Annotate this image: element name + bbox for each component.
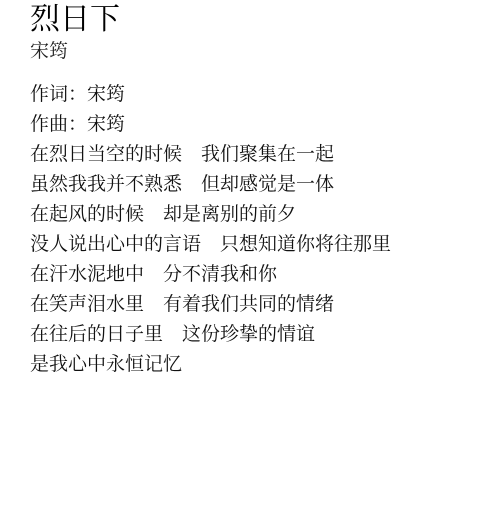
lyrics-page: 烈日下 宋筠 作词：宋筠 作曲：宋筠 在烈日当空的时候 我们聚集在一起 虽然我我…	[30, 0, 490, 379]
lyrics-list: 作词：宋筠 作曲：宋筠 在烈日当空的时候 我们聚集在一起 虽然我我并不熟悉 但却…	[30, 79, 490, 379]
lyric-line: 在汗水泥地中 分不清我和你	[30, 259, 490, 289]
lyric-line: 虽然我我并不熟悉 但却感觉是一体	[30, 169, 490, 199]
lyric-line: 在起风的时候 却是离别的前夕	[30, 199, 490, 229]
lyric-line: 在烈日当空的时候 我们聚集在一起	[30, 139, 490, 169]
song-artist: 宋筠	[30, 38, 490, 64]
song-title: 烈日下	[30, 2, 490, 38]
lyric-line: 作词：宋筠	[30, 79, 490, 109]
lyric-line: 没人说出心中的言语 只想知道你将往那里	[30, 229, 490, 259]
lyric-line: 作曲：宋筠	[30, 109, 490, 139]
lyric-line: 是我心中永恒记忆	[30, 349, 490, 379]
lyric-line: 在往后的日子里 这份珍挚的情谊	[30, 319, 490, 349]
lyric-line: 在笑声泪水里 有着我们共同的情绪	[30, 289, 490, 319]
